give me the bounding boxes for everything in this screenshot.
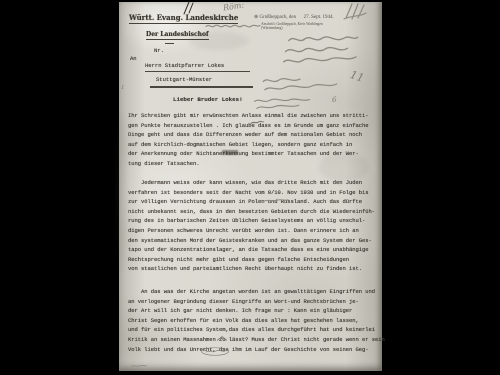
typed-line: rung des in barbarischen Zeiten üblichen… xyxy=(128,216,388,226)
typed-line: tung dieser Tatsachen. xyxy=(128,159,388,169)
paragraph-3: An das was der Kirche angetan worden ist… xyxy=(128,287,388,354)
letterhead-sender: Der Landesbischof xyxy=(146,31,209,40)
handwritten-insertion xyxy=(263,198,289,203)
typed-line: nicht unbekannt sein, dass in den besetz… xyxy=(128,207,388,217)
typed-line: Rechtsprechung nicht mehr gibt und dass … xyxy=(128,255,388,265)
paragraph-2: Jedermann weiss oder kann wissen, wie da… xyxy=(128,178,388,274)
typed-line: auf dem kirchlich-dogmatischen Gebiet li… xyxy=(128,140,388,150)
typed-line: der Art will ich gar nicht denken. Ich f… xyxy=(128,306,388,316)
handwritten-annotation-block xyxy=(260,75,340,93)
typed-line: Jedermann weiss oder kann wissen, wie da… xyxy=(128,178,388,188)
handwritten-insertion xyxy=(250,120,264,125)
address-note-1: Anschrift: Großheppach, Kreis Waiblingen xyxy=(261,22,323,26)
handwritten-mark-11: 11 xyxy=(348,68,365,85)
recipient-to-label: An xyxy=(130,55,137,62)
letterhead-dash xyxy=(165,43,174,44)
typed-line: digen Personen schweres Unrecht verübt w… xyxy=(128,226,388,236)
typed-line: verfahren ist besonders seit der Nacht v… xyxy=(128,188,388,198)
archive-mark xyxy=(131,364,147,368)
typed-line: Volk liebt und das Unrecht, das ihm im L… xyxy=(128,345,388,355)
recipient-name: Herrn Stadtpfarrer Lokes xyxy=(145,62,224,69)
postal-mark-icon: ⊕ xyxy=(254,15,258,20)
scanned-letter-photo: Württ. Evang. Landeskirche Der Landesbis… xyxy=(0,0,500,375)
place-date: Großheppach, den 27. Sept. 1944. xyxy=(259,15,333,20)
date-line: ⊕ Großheppach, den 27. Sept. 1944. xyxy=(254,14,334,20)
recipient-name-underline xyxy=(145,71,250,72)
handwritten-mark-slashes xyxy=(340,2,367,20)
margin-number: 1 xyxy=(121,85,125,91)
typed-line: und für ein politisches System,das dies … xyxy=(128,325,388,335)
typed-line: Christ Segen erhoffen für ein Volk das d… xyxy=(128,316,388,326)
typed-line: Kritik an seinen Massnahmen zu lässt? Mu… xyxy=(128,335,388,345)
typed-line: von staatlichen und parteiamtlichen Rech… xyxy=(128,264,388,274)
typed-line: den systematischen Mord der Geisteskrank… xyxy=(128,236,388,246)
address-note-2: (Württemberg) xyxy=(261,26,283,30)
handwritten-annotation xyxy=(205,22,261,30)
typed-line: tapo und der Konzentrationslager, an die… xyxy=(128,245,388,255)
handwritten-annotation-block xyxy=(277,33,361,67)
typed-line: An das was der Kirche angetan worden ist… xyxy=(128,287,388,297)
bleed-through-smudge xyxy=(117,112,127,272)
overstrike-correction xyxy=(222,150,238,155)
handwritten-note-top: Röm: xyxy=(222,1,244,13)
handwritten-circled-word xyxy=(200,347,230,356)
typed-line: an verlogener Begründung dieser Eingriff… xyxy=(128,297,388,307)
typed-line: der Anerkennung oder Nichtanerkennung be… xyxy=(128,149,388,159)
handwritten-insertion xyxy=(216,336,228,341)
typed-line: Dinge geht und dass die Differenzen wede… xyxy=(128,130,388,140)
salutation: Lieber Bruder Lokes! xyxy=(173,96,243,103)
recipient-city: Stuttgart-Münster xyxy=(156,76,212,83)
handwritten-mark-6: 6 xyxy=(332,96,336,104)
letterhead-number-label: Nr. xyxy=(154,47,164,54)
handwritten-annotation-block xyxy=(252,97,312,111)
recipient-city-rule xyxy=(150,86,253,88)
typed-line: zur völligen Vernichtung draussen in Pol… xyxy=(128,197,388,207)
letter-page: Württ. Evang. Landeskirche Der Landesbis… xyxy=(119,2,382,371)
